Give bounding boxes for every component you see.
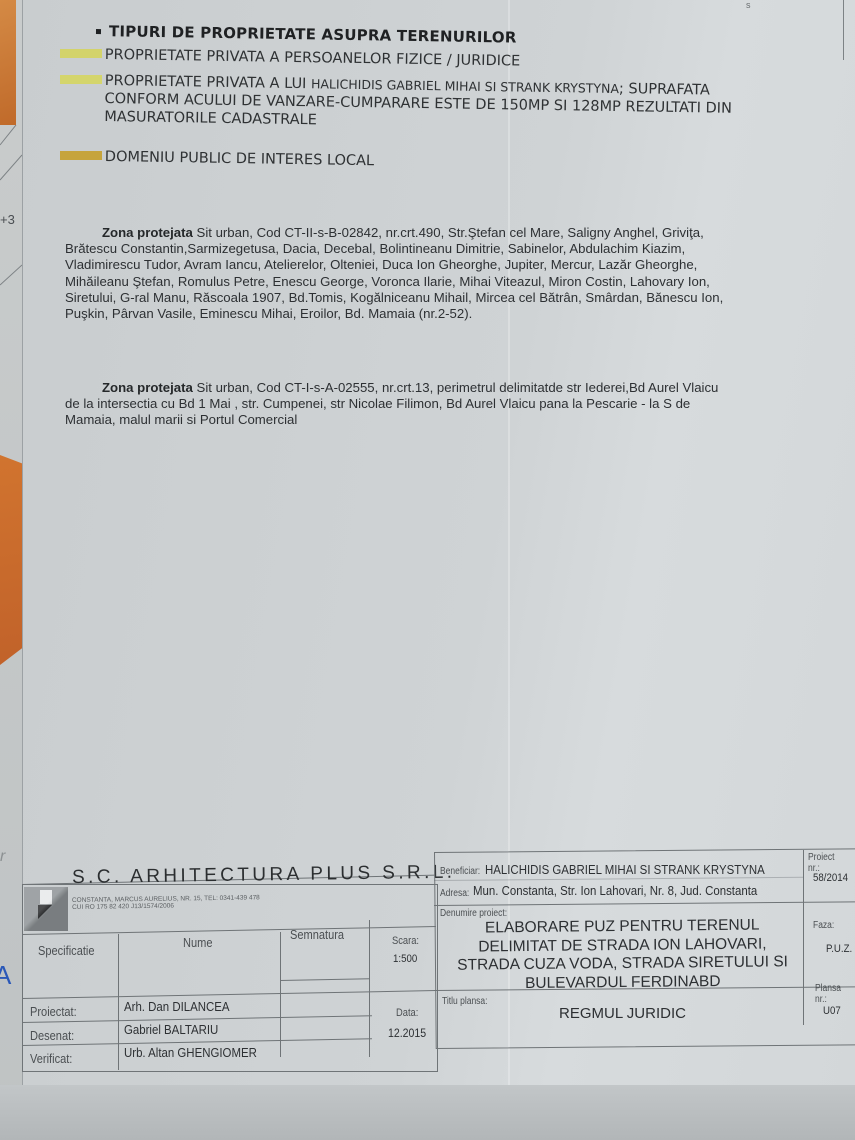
plansa-nr-label: Plansa nr.: bbox=[815, 983, 849, 1005]
header-specificatie: Specificatie bbox=[38, 943, 95, 958]
header-semnatura: Semnatura bbox=[290, 927, 344, 942]
faza-value: P.U.Z. bbox=[826, 943, 852, 955]
role-label: Verificat: bbox=[30, 1051, 72, 1066]
role-name: Arh. Dan DILANCEA bbox=[124, 999, 230, 1014]
denumire-label: Denumire proiect: bbox=[440, 908, 507, 919]
faza-label: Faza: bbox=[813, 920, 834, 931]
protected-zone-paragraph: Zona protejata Sit urban, Cod CT-II-s-B-… bbox=[65, 225, 725, 322]
scale-label: Scara: bbox=[392, 935, 419, 947]
corner-mark: s bbox=[746, 0, 751, 10]
legend-owner-name: HALICHIDIS GABRIEL MIHAI SI STRANK KRYST… bbox=[311, 76, 619, 96]
adresa-label: Adresa: bbox=[440, 888, 469, 899]
legend-swatch bbox=[60, 49, 102, 58]
company-logo bbox=[24, 887, 68, 931]
frame-line bbox=[369, 920, 370, 1057]
beneficiar-value: HALICHIDIS GABRIEL MIHAI SI STRANK KRYST… bbox=[485, 862, 765, 877]
project-title: ELABORARE PUZ PENTRU TERENUL DELIMITAT D… bbox=[445, 916, 801, 994]
plansa-nr-value: U07 bbox=[823, 1005, 841, 1017]
role-name: Gabriel BALTARIU bbox=[124, 1022, 218, 1037]
protected-zone-label: Zona protejata bbox=[102, 225, 193, 240]
header-nume: Nume bbox=[183, 935, 212, 950]
role-name: Urb. Altan GHENGIOMER bbox=[124, 1045, 257, 1060]
frame-line bbox=[280, 932, 281, 1057]
adresa-value: Mun. Constanta, Str. Ion Lahovari, Nr. 8… bbox=[473, 883, 757, 898]
frame-line bbox=[118, 934, 119, 1070]
map-orange-area-middle bbox=[0, 455, 22, 665]
legend-swatch bbox=[60, 75, 102, 84]
map-label: r bbox=[0, 848, 5, 866]
role-label: Desenat: bbox=[30, 1028, 74, 1043]
legend-swatch bbox=[60, 151, 102, 160]
date-value: 12.2015 bbox=[388, 1026, 426, 1040]
proiect-nr-label: Proiect nr.: bbox=[808, 852, 848, 874]
protected-zone-paragraph: Zona protejata Sit urban, Cod CT-I-s-A-0… bbox=[65, 380, 725, 429]
proiect-nr-value: 58/2014 bbox=[813, 872, 848, 884]
neighbor-map-strip: +3 r A bbox=[0, 0, 22, 1140]
map-label: A bbox=[0, 960, 11, 991]
sheet-bottom-edge bbox=[0, 1085, 855, 1140]
role-label: Proiectat: bbox=[30, 1004, 77, 1019]
legend-text-prefix: PROPRIETATE PRIVATA A LUI bbox=[105, 73, 311, 92]
frame-line bbox=[843, 0, 844, 60]
beneficiar-label: Beneficiar: bbox=[440, 866, 480, 877]
map-label: +3 bbox=[0, 212, 15, 227]
legend-text: PROPRIETATE PRIVATA A LUI HALICHIDIS GAB… bbox=[104, 72, 755, 136]
map-orange-area-top bbox=[0, 0, 16, 125]
plan-title: REGMUL JURIDIC bbox=[445, 1005, 800, 1022]
scale-value: 1:500 bbox=[393, 953, 417, 965]
date-label: Data: bbox=[396, 1007, 418, 1019]
bullet-icon bbox=[96, 29, 101, 34]
protected-zone-label: Zona protejata bbox=[102, 380, 193, 395]
